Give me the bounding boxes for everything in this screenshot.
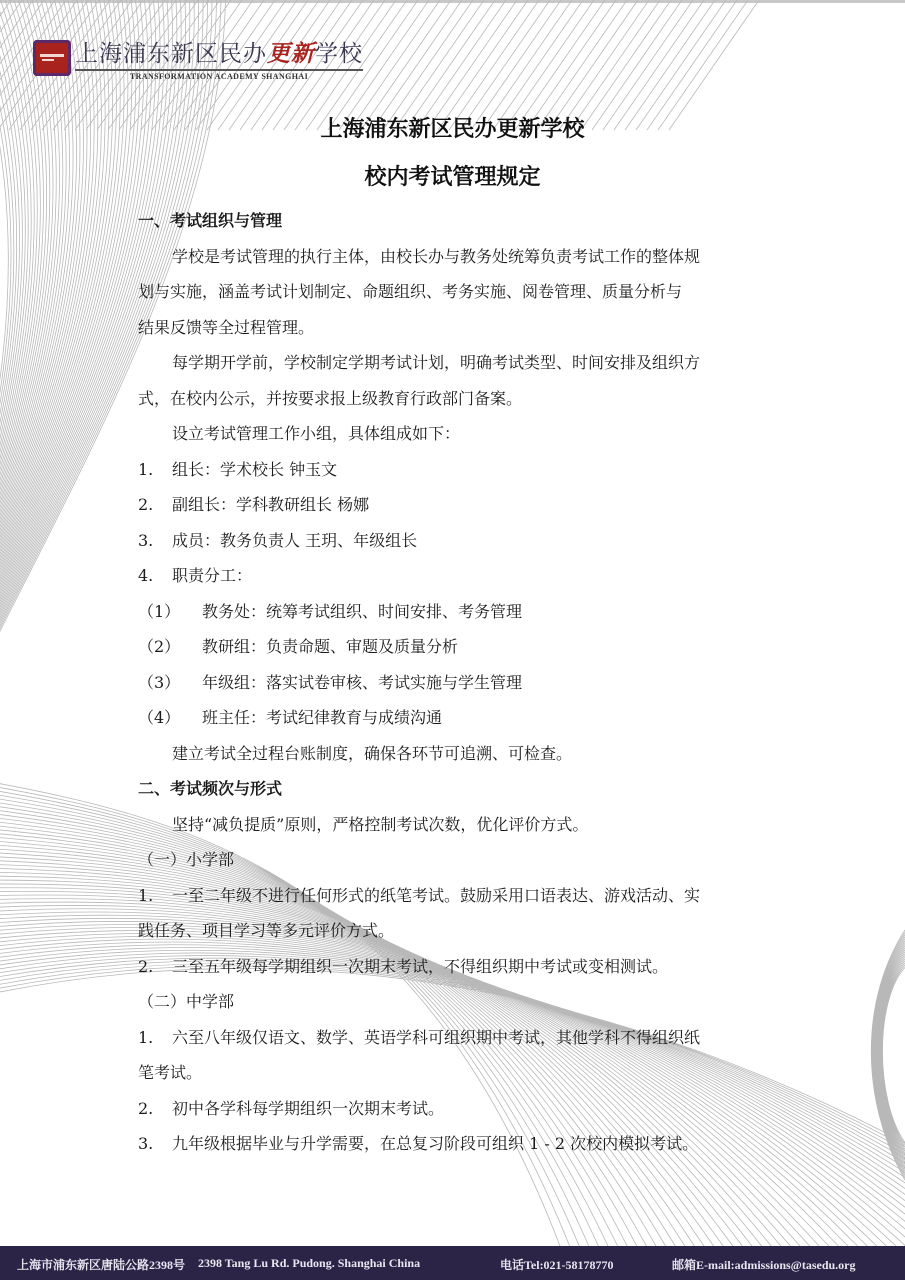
duty-item: （1）教务处：统筹考试组织、时间安排、考务管理 — [138, 594, 778, 630]
paragraph-line: 学校是考试管理的执行主体，由校长办与教务处统筹负责考试工作的整体规 — [138, 239, 778, 275]
list-item-continuation: 践任务、项目学习等多元评价方式。 — [138, 913, 778, 949]
section-heading: 一、考试组织与管理 — [138, 203, 778, 239]
document-subtitle: 校内考试管理规定 — [0, 160, 905, 191]
section-heading: 二、考试频次与形式 — [138, 771, 778, 807]
list-item: 1.组长：学术校长 钟玉文 — [138, 452, 778, 488]
list-item: 3.成员：教务负责人 王玥、年级组长 — [138, 523, 778, 559]
footer-contact-bar: 上海市浦东新区唐陆公路2398号 2398 Tang Lu Rd. Pudong… — [0, 1246, 905, 1280]
document-title: 上海浦东新区民办更新学校 — [0, 112, 905, 143]
paragraph-line: 结果反馈等全过程管理。 — [138, 310, 778, 346]
duty-item: （3）年级组：落实试卷审核、考试实施与学生管理 — [138, 665, 778, 701]
duty-item: （4）班主任：考试纪律教育与成绩沟通 — [138, 700, 778, 736]
list-item: 2.三至五年级每学期组织一次期末考试，不得组织期中考试或变相测试。 — [138, 949, 778, 985]
list-item: 4.职责分工： — [138, 558, 778, 594]
footer-address-en: 2398 Tang Lu Rd. Pudong. Shanghai China — [198, 1256, 420, 1271]
paragraph-line: 式，在校内公示，并按要求报上级教育行政部门备案。 — [138, 381, 778, 417]
list-item-continuation: 笔考试。 — [138, 1055, 778, 1091]
list-item: 3.九年级根据毕业与升学需要，在总复习阶段可组织 1 - 2 次校内模拟考试。 — [138, 1126, 778, 1162]
list-item: 1.一至二年级不进行任何形式的纸笔考试。鼓励采用口语表达、游戏活动、实 — [138, 878, 778, 914]
paragraph-line: 划与实施，涵盖考试计划制定、命题组织、考务实施、阅卷管理、质量分析与 — [138, 274, 778, 310]
school-emblem-icon — [33, 40, 71, 76]
document-body: 一、考试组织与管理 学校是考试管理的执行主体，由校长办与教务处统筹负责考试工作的… — [138, 203, 778, 1162]
logo-english-name: TRANSFORMATION ACADEMY SHANGHAI — [75, 72, 363, 81]
subsection-label: （二）中学部 — [138, 984, 778, 1020]
logo-chinese-name: 上海浦东新区民办更新学校 — [75, 40, 363, 71]
list-item: 1.六至八年级仅语文、数学、英语学科可组织期中考试，其他学科不得组织纸 — [138, 1020, 778, 1056]
paragraph-line: 设立考试管理工作小组，具体组成如下： — [138, 416, 778, 452]
school-logo: 上海浦东新区民办更新学校 TRANSFORMATION ACADEMY SHAN… — [33, 40, 363, 81]
list-item: 2.初中各学科每学期组织一次期末考试。 — [138, 1091, 778, 1127]
paragraph-line: 每学期开学前，学校制定学期考试计划，明确考试类型、时间安排及组织方 — [138, 345, 778, 381]
paragraph-line: 建立考试全过程台账制度，确保各环节可追溯、可检查。 — [138, 736, 778, 772]
list-item: 2.副组长：学科教研组长 杨娜 — [138, 487, 778, 523]
duty-item: （2）教研组：负责命题、审题及质量分析 — [138, 629, 778, 665]
footer-email[interactable]: 邮箱E-mail:admissions@tasedu.org — [672, 1256, 856, 1273]
paragraph-line: 坚持“减负提质”原则，严格控制考试次数，优化评价方式。 — [138, 807, 778, 843]
subsection-label: （一）小学部 — [138, 842, 778, 878]
footer-phone: 电话Tel:021-58178770 — [500, 1256, 614, 1273]
footer-address-cn: 上海市浦东新区唐陆公路2398号 — [17, 1256, 185, 1273]
